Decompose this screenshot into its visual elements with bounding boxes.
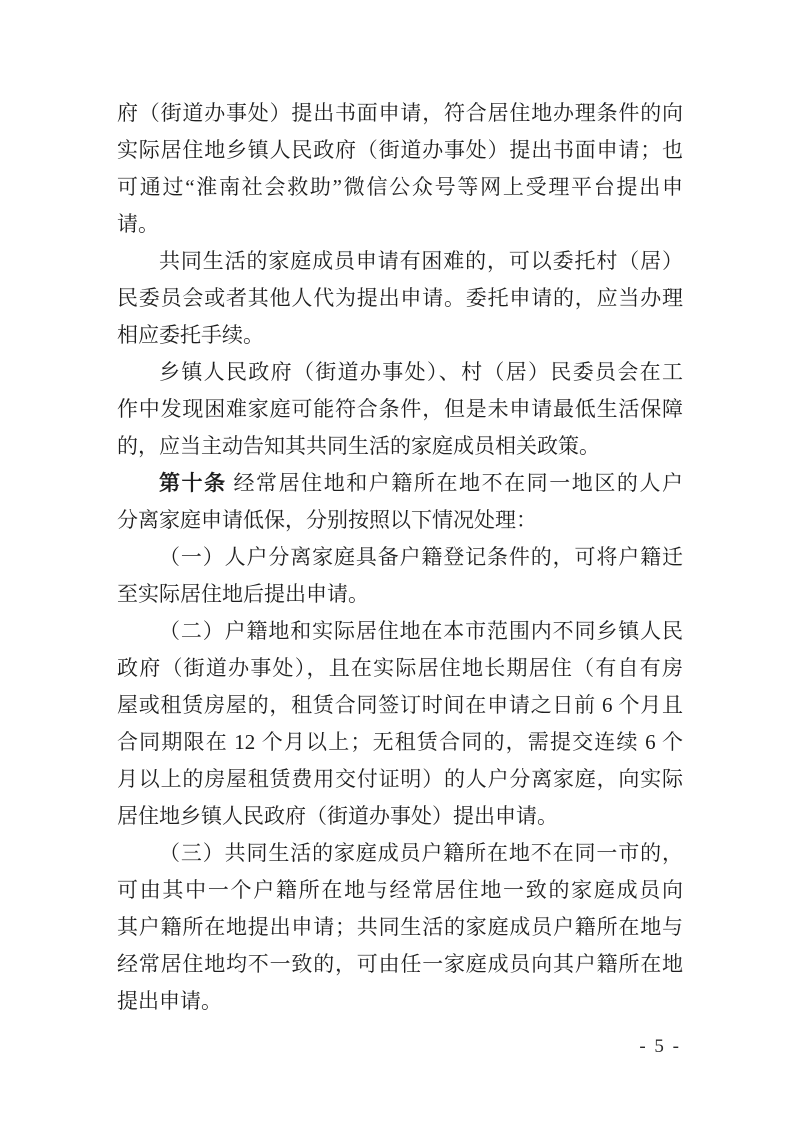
text-line: 府（街道办事处）提出书面申请，符合居住地办理条件的向 bbox=[117, 95, 683, 132]
text-line: 可由其中一个户籍所在地与经常居住地一致的家庭成员向 bbox=[117, 872, 683, 909]
text-line: 请。 bbox=[117, 206, 683, 243]
text-line: 屋或租赁房屋的，租赁合同签订时间在申请之日前 6 个月且 bbox=[117, 687, 683, 724]
text-line: 至实际居住地后提出申请。 bbox=[117, 576, 683, 613]
text-line: 可通过“淮南社会救助”微信公众号等网上受理平台提出申 bbox=[117, 169, 683, 206]
text-line: 民委员会或者其他人代为提出申请。委托申请的，应当办理 bbox=[117, 280, 683, 317]
document-page: 府（街道办事处）提出书面申请，符合居住地办理条件的向实际居住地乡镇人民政府（街道… bbox=[0, 0, 793, 1122]
article-number-bold: 第十条 bbox=[159, 471, 227, 495]
text-line: 实际居住地乡镇人民政府（街道办事处）提出书面申请；也 bbox=[117, 132, 683, 169]
text-line: 乡镇人民政府（街道办事处）、村（居）民委员会在工 bbox=[117, 354, 683, 391]
text-line: （一）人户分离家庭具备户籍登记条件的，可将户籍迁 bbox=[117, 539, 683, 576]
text-line: 第十条 经常居住地和户籍所在地不在同一地区的人户 bbox=[117, 465, 683, 502]
text-line: 月以上的房屋租赁费用交付证明）的人户分离家庭，向实际 bbox=[117, 761, 683, 798]
page-number-text: - 5 - bbox=[639, 1036, 681, 1057]
text-line: 作中发现困难家庭可能符合条件，但是未申请最低生活保障 bbox=[117, 391, 683, 428]
text-line: 相应委托手续。 bbox=[117, 317, 683, 354]
text-line: 合同期限在 12 个月以上；无租赁合同的，需提交连续 6 个 bbox=[117, 724, 683, 761]
text-line: 居住地乡镇人民政府（街道办事处）提出申请。 bbox=[117, 798, 683, 835]
text-line: 经常居住地均不一致的，可由任一家庭成员向其户籍所在地 bbox=[117, 946, 683, 983]
text-line: 共同生活的家庭成员申请有困难的，可以委托村（居） bbox=[117, 243, 683, 280]
text-line: （三）共同生活的家庭成员户籍所在地不在同一市的， bbox=[117, 835, 683, 872]
text-line: 政府（街道办事处），且在实际居住地长期居住（有自有房 bbox=[117, 650, 683, 687]
text-line: （二）户籍地和实际居住地在本市范围内不同乡镇人民 bbox=[117, 613, 683, 650]
page-number: - 5 - bbox=[639, 1036, 681, 1058]
text-line: 的，应当主动告知其共同生活的家庭成员相关政策。 bbox=[117, 428, 683, 465]
document-body: 府（街道办事处）提出书面申请，符合居住地办理条件的向实际居住地乡镇人民政府（街道… bbox=[117, 95, 683, 1020]
text-line: 其户籍所在地提出申请；共同生活的家庭成员户籍所在地与 bbox=[117, 909, 683, 946]
text-line: 提出申请。 bbox=[117, 983, 683, 1020]
text-line: 分离家庭申请低保，分别按照以下情况处理： bbox=[117, 502, 683, 539]
